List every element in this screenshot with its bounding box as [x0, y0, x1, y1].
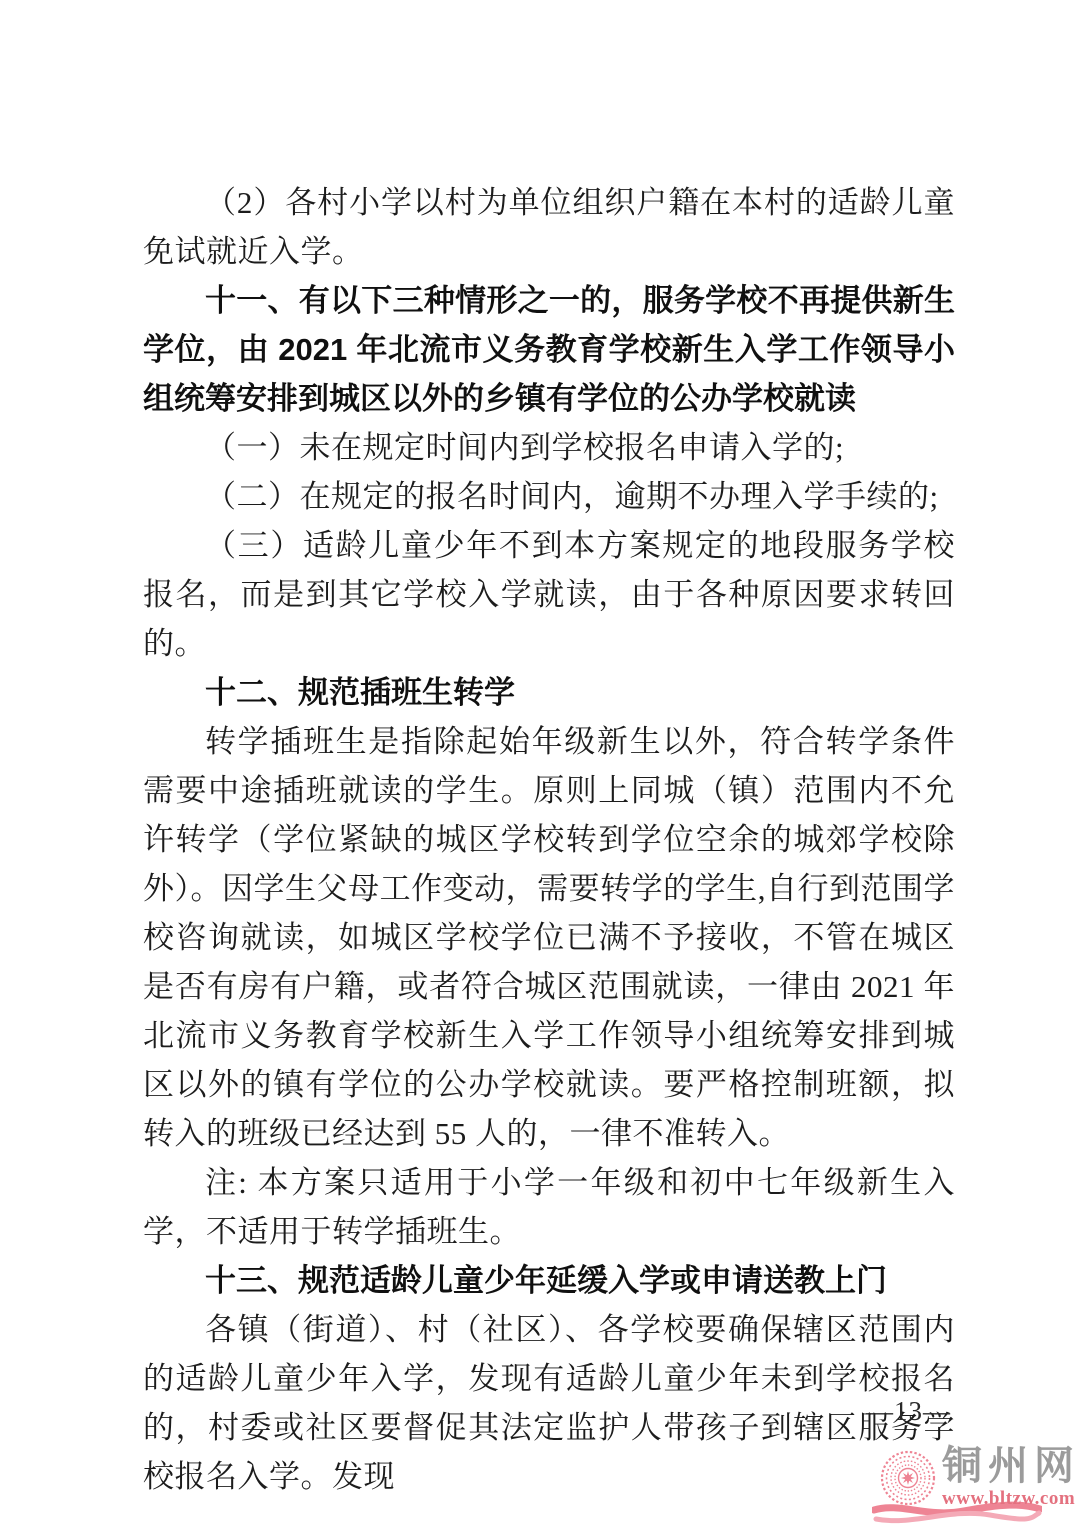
document-page: （2）各村小学以村为单位组织户籍在本村的适龄儿童免试就近入学。 十一、有以下三种… [0, 0, 1080, 1528]
watermark: 铜州网 www.bltzw.com [872, 1444, 1078, 1528]
heading-section-12: 十二、规范插班生转学 [143, 668, 955, 717]
paragraph-note: 注: 本方案只适用于小学一年级和初中七年级新生入学，不适用于转学插班生。 [143, 1158, 955, 1256]
page-number: —13— [866, 1396, 951, 1427]
watermark-text: 铜州网 www.bltzw.com [942, 1444, 1078, 1510]
paragraph-village-schools: （2）各村小学以村为单位组织户籍在本村的适龄儿童免试就近入学。 [143, 178, 955, 276]
paragraph-transfer-policy: 转学插班生是指除起始年级新生以外，符合转学条件需要中途插班就读的学生。原则上同城… [143, 717, 955, 1158]
clause-2: （二）在规定的报名时间内，逾期不办理入学手续的; [143, 472, 955, 521]
clause-1: （一）未在规定时间内到学校报名申请入学的; [143, 423, 955, 472]
heading-section-13: 十三、规范适龄儿童少年延缓入学或申请送教上门 [143, 1256, 955, 1305]
rosette-seal-icon [880, 1450, 936, 1506]
watermark-site-name: 铜州网 [942, 1444, 1078, 1488]
watermark-url: www.bltzw.com [942, 1488, 1078, 1510]
heading-section-11: 十一、有以下三种情形之一的，服务学校不再提供新生学位，由 2021 年北流市义务… [143, 276, 955, 423]
paragraph-ensure-enrollment: 各镇（街道）、村（社区）、各学校要确保辖区范围内的适龄儿童少年入学，发现有适龄儿… [143, 1305, 955, 1501]
clause-3: （三）适龄儿童少年不到本方案规定的地段服务学校报名，而是到其它学校入学就读，由于… [143, 521, 955, 668]
document-body: （2）各村小学以村为单位组织户籍在本村的适龄儿童免试就近入学。 十一、有以下三种… [143, 178, 955, 1501]
